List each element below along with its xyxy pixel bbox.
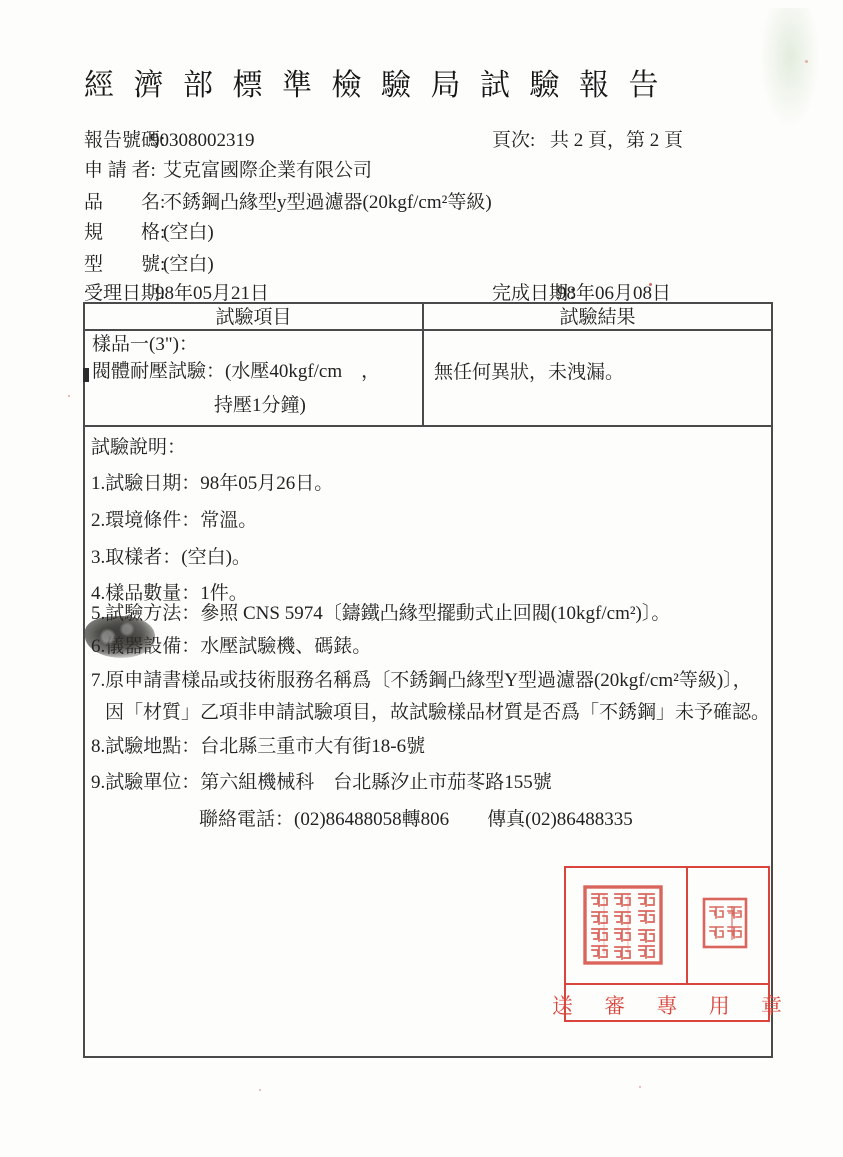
spec-value: (空白) [163,222,214,244]
explanation-line: 5.試驗方法：參照 CNS 5974〔鑄鐵凸緣型擺動式止回閥(10kgf/cm²… [91,603,670,625]
scan-speck [68,395,70,397]
valve-test-line: 閥體耐壓試驗：(水壓40kgf/cm ， [92,361,380,383]
table-row-divider [85,425,771,427]
personal-seal-icon [702,897,748,949]
test-result-value: 無任何異狀，未洩漏。 [434,362,624,384]
explanation-heading: 試驗說明： [91,437,186,459]
stamp-caption: 送 審 專 用 章 [566,988,768,1022]
scan-speck [805,60,808,63]
applicant-label: 申 請 者: [84,160,156,182]
explanation-line: 9.試驗單位：第六組機械科 台北縣汐止市茄苳路155號 [91,772,552,794]
explanation-line: 2.環境條件：常溫。 [91,510,257,532]
page-count-label: 頁次: [492,130,535,152]
scan-artifact-blob [760,8,820,128]
applicant-value: 艾克富國際企業有限公司 [163,160,372,182]
page-title: 經 濟 部 標 準 檢 驗 局 試 驗 報 告 [84,60,665,104]
product-name-label: 品 名: [84,192,165,214]
product-name-value: 不銹鋼凸緣型y型過濾器(20kgf/cm²等級) [163,192,492,214]
explanation-line: 1.試驗日期：98年05月26日。 [91,473,333,495]
stamp-caption-divider [566,983,768,985]
sample-line: 樣品一(3")： [92,334,198,356]
scan-notch [83,368,89,382]
model-value: (空白) [163,254,214,276]
pressure-hold-line: 持壓1分鐘) [214,395,306,417]
test-result-header: 試驗結果 [424,307,771,329]
explanation-line: 8.試驗地點：台北縣三重市大有街18-6號 [91,736,425,758]
explanation-line: 7.原申請書樣品或技術服務名稱爲〔不銹鋼凸緣型Y型過濾器(20kgf/cm²等級… [91,670,752,692]
explanation-line: 4.樣品數量：1件。 [91,583,248,605]
spec-label: 規 格: [84,222,165,244]
explanation-line: 因「材質」乙項非申請試驗項目，故試驗樣品材質是否爲「不銹鋼」未予確認。 [105,702,770,724]
stamp-cell-divider [686,868,688,983]
scan-speck [639,1086,641,1088]
page-count-value: 共 2 頁，第 2 頁 [550,130,683,152]
report-number-value: 90308002319 [150,130,255,152]
scanned-test-report-page: 經 濟 部 標 準 檢 驗 局 試 驗 報 告 報告號碼: 9030800231… [0,0,843,1157]
table-header-divider [85,329,771,331]
review-stamp-box: 送 審 專 用 章 [564,866,770,1022]
test-item-header: 試驗項目 [85,307,422,329]
company-seal-icon [582,884,664,966]
explanation-line: 3.取樣者：(空白)。 [91,547,251,569]
explanation-line: 聯絡電話：(02)86488058轉806 傳真(02)86488335 [199,809,633,831]
scan-speck [259,1089,261,1091]
model-label: 型 號: [84,254,165,276]
